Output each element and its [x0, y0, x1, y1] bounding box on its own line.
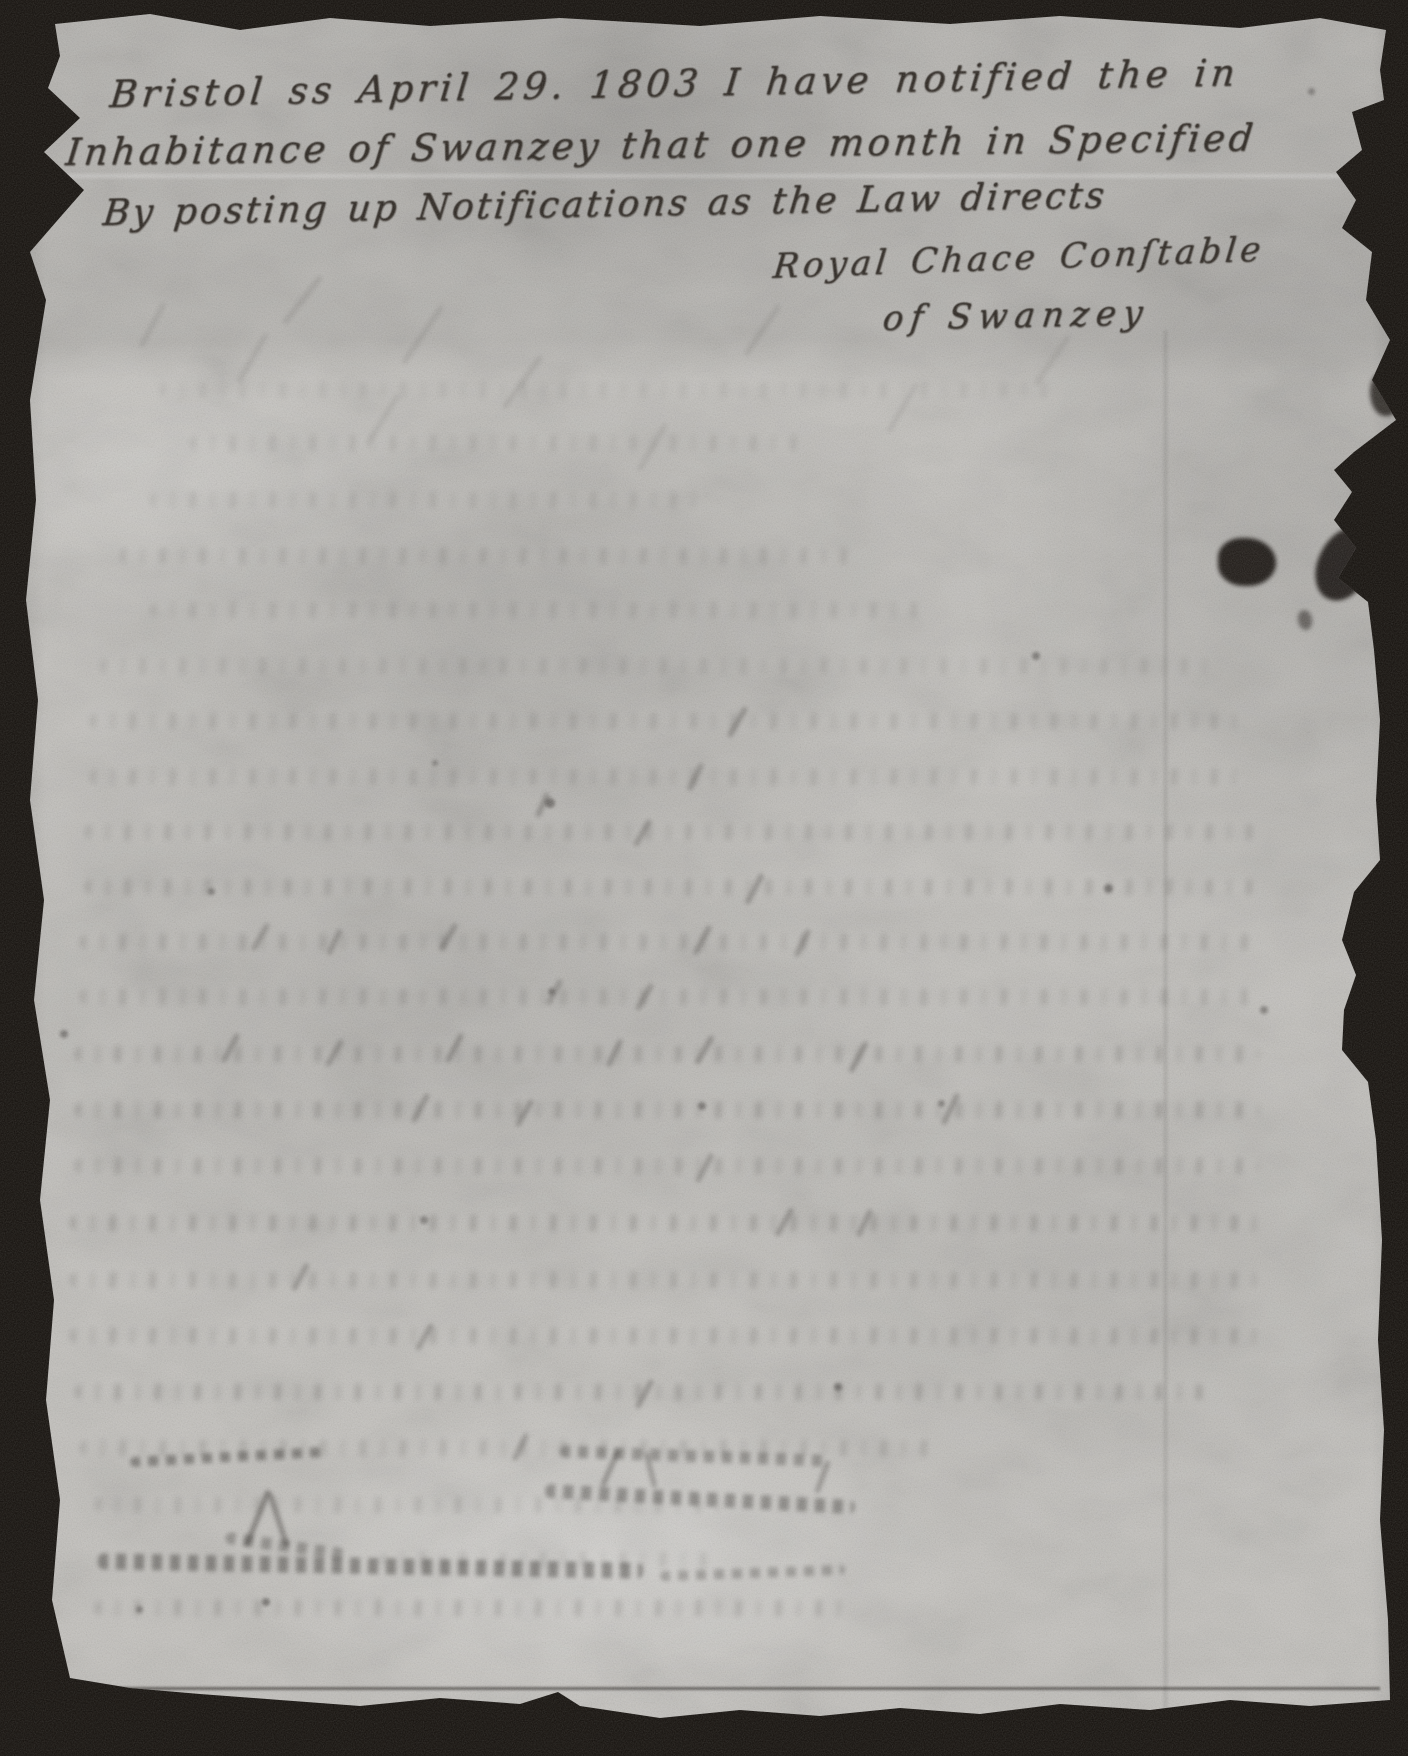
ghost-writing-band — [150, 492, 710, 508]
ghost-writing-band — [70, 1328, 1260, 1344]
ink-dot — [136, 1606, 143, 1613]
ink-dot — [834, 1383, 842, 1391]
ink-dot — [1104, 884, 1113, 893]
ink-blot — [1362, 506, 1382, 522]
ink-dot — [698, 1102, 706, 1110]
ink-dot — [1308, 88, 1315, 95]
ghost-writing-band — [100, 658, 1220, 674]
ghost-writing-band — [80, 989, 1260, 1005]
ghost-writing-band — [75, 1046, 1260, 1062]
ghost-writing-band — [90, 769, 1250, 785]
ghost-writing-band — [75, 1102, 1260, 1118]
ghost-writing-band — [85, 879, 1255, 895]
ghost-writing-band — [90, 713, 1240, 729]
ink-dot — [1032, 652, 1040, 660]
ink-dot — [420, 1216, 428, 1224]
ink-dot — [208, 888, 215, 895]
ink-dot — [545, 798, 555, 808]
ink-dot — [262, 1598, 270, 1606]
scan-light-streak — [30, 174, 1370, 178]
scanned-document: Bristol ss April 29. 1803 I have notifie… — [0, 0, 1408, 1756]
paper-fold-line — [1164, 330, 1167, 1710]
ghost-writing-band — [150, 602, 930, 618]
ink-dot — [938, 1100, 945, 1107]
ghost-writing-band — [85, 824, 1255, 840]
manuscript-signature-place: of Swanzey — [881, 296, 1151, 336]
ink-dot — [60, 1030, 68, 1038]
ink-blot — [1370, 372, 1398, 416]
ghost-writing-band — [70, 1215, 1260, 1231]
ghost-writing-band — [190, 435, 810, 451]
paper-sheet: Bristol ss April 29. 1803 I have notifie… — [0, 0, 1408, 1756]
ghost-writing-band — [95, 1600, 855, 1616]
ink-blot — [1349, 449, 1403, 520]
ink-blot — [1218, 538, 1276, 586]
ink-dot — [432, 760, 438, 766]
ghost-writing-band — [120, 548, 860, 564]
ink-dot — [1260, 1006, 1268, 1014]
ghost-writing-band — [75, 1158, 1260, 1174]
ink-dot — [548, 988, 555, 995]
ghost-writing-band — [70, 1272, 1260, 1288]
ghost-writing-band — [160, 382, 1060, 398]
scan-dark-line — [40, 1687, 1380, 1690]
